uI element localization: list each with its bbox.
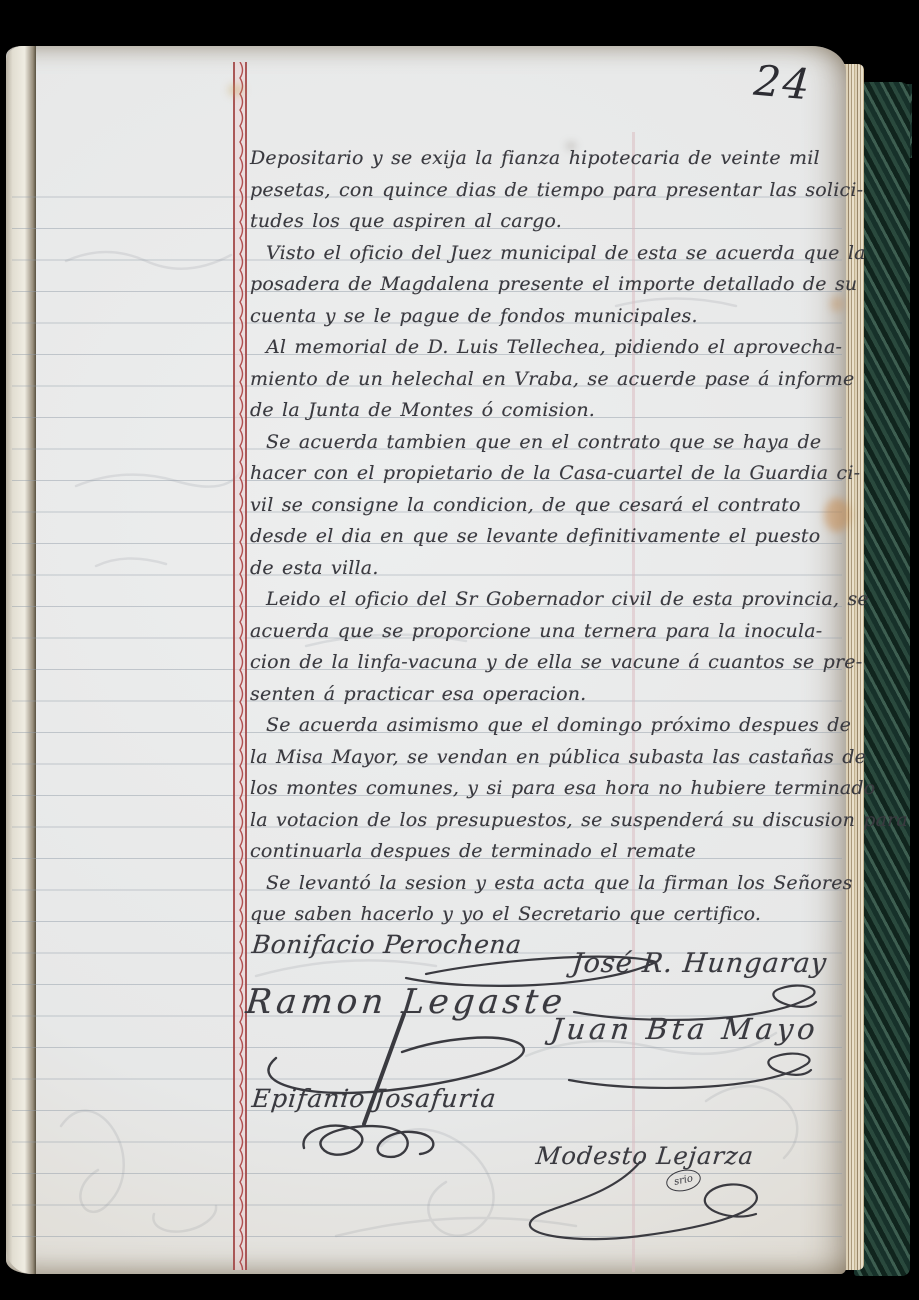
manuscript-line: la Misa Mayor, se vendan en pública suba… [250, 746, 866, 768]
signature-block: Modesto Lejarzasrio [536, 1142, 754, 1170]
stain-spot [228, 84, 244, 96]
stain-spot [824, 498, 850, 532]
manuscript-line: miento de un helechal en Vraba, se acuer… [250, 368, 854, 390]
signature-name: José R. Hungaray [570, 948, 828, 979]
manuscript-line: Visto el oficio del Juez municipal de es… [266, 242, 866, 264]
manuscript-line: los montes comunes, y si para esa hora n… [250, 777, 875, 799]
manuscript-line: cion de la linfa-vacuna y de ella se vac… [250, 651, 862, 673]
signature-name: Modesto Lejarza [535, 1142, 756, 1170]
manuscript-line: senten á practicar esa operacion. [250, 683, 586, 705]
manuscript-line: cuenta y se le pague de fondos municipal… [250, 305, 698, 327]
center-fold-line [632, 132, 635, 1272]
manuscript-line: pesetas, con quince dias de tiempo para … [250, 179, 863, 201]
red-margin-rule [232, 62, 248, 1270]
page-number: 24 [752, 56, 814, 110]
stain-spot [830, 296, 844, 312]
manuscript-line: Se acuerda asimismo que el domingo próxi… [266, 714, 851, 736]
signature-flourish [288, 1118, 518, 1174]
signature-block: Ramon Legaste [246, 982, 566, 1022]
signature-name: Ramon Legaste [244, 982, 568, 1022]
signature-flourish [520, 1168, 770, 1248]
signature-name: Juan Bta Mayo [549, 1012, 820, 1046]
signature-block: Epifanio Josafuria [252, 1084, 497, 1113]
signature-block: José R. Hungaray [572, 948, 827, 979]
book-photo: 24 Depositario y se exija la fianza hipo… [0, 0, 919, 1300]
manuscript-line: Se acuerda tambien que en el contrato qu… [266, 431, 821, 453]
manuscript-line: acuerda que se proporcione una ternera p… [250, 620, 822, 642]
signature-name: Epifanio Josafuria [250, 1084, 498, 1113]
manuscript-page: 24 Depositario y se exija la fianza hipo… [6, 46, 846, 1274]
manuscript-line: Se levantó la sesion y esta acta que la … [266, 872, 853, 894]
manuscript-line: Depositario y se exija la fianza hipotec… [250, 147, 820, 169]
manuscript-line: hacer con el propietario de la Casa-cuar… [250, 462, 860, 484]
manuscript-line: Leido el oficio del Sr Gobernador civil … [266, 588, 869, 610]
signature-block: Bonifacio Perochena [252, 930, 522, 959]
manuscript-line: de la Junta de Montes ó comision. [250, 399, 595, 421]
manuscript-line: posadera de Magdalena presente el import… [250, 273, 857, 295]
manuscript-line: de esta villa. [250, 557, 379, 579]
manuscript-line: desde el dia en que se levante definitiv… [250, 525, 820, 547]
manuscript-line: la votacion de los presupuestos, se susp… [250, 809, 908, 831]
wavy-rule-line [232, 62, 248, 1270]
signature-flourish [563, 1050, 813, 1092]
manuscript-line: tudes los que aspiren al cargo. [250, 210, 562, 232]
manuscript-line: continuarla despues de terminado el rema… [250, 840, 696, 862]
manuscript-line: vil se consigne la condicion, de que ces… [250, 494, 801, 516]
signature-block: Juan Bta Mayo [551, 1012, 819, 1046]
manuscript-line: que saben hacerlo y yo el Secretario que… [250, 903, 761, 925]
manuscript-line: Al memorial de D. Luis Tellechea, pidien… [266, 336, 842, 358]
